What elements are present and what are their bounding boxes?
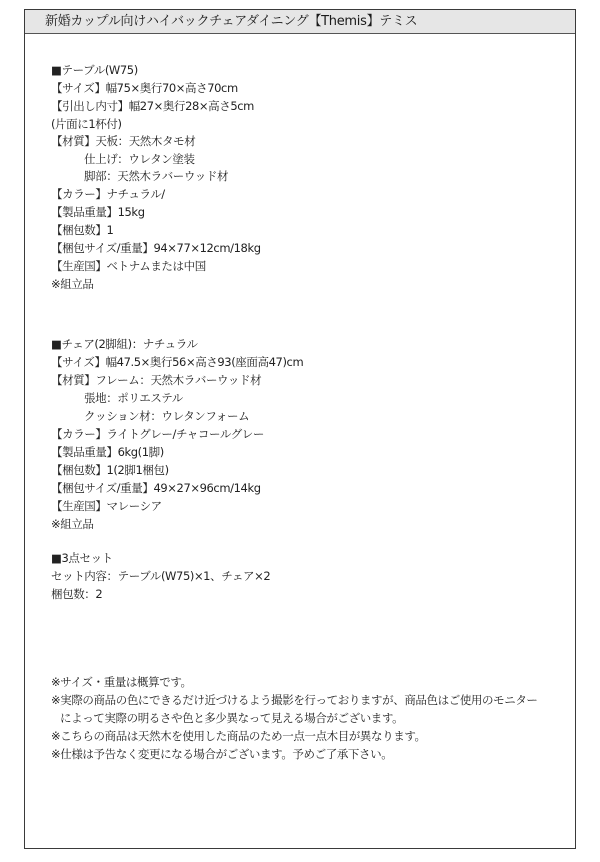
- product-title: 新婚カップル向けハイバックチェアダイニング【Themis】テミス: [45, 13, 417, 30]
- chair-packages: 【梱包数】1(2脚1梱包): [51, 462, 169, 478]
- chair-cushion: クッション材：ウレタンフォーム: [84, 408, 249, 424]
- table-assembly: ※組立品: [51, 276, 94, 292]
- note-color-line1: ※実際の商品の色にできるだけ近づけるよう撮影を行っておりますが、商品色はご使用の…: [51, 692, 538, 708]
- chair-color: 【カラー】ライトグレー/チャコールグレー: [51, 426, 264, 442]
- set-heading: ■3点セット: [51, 550, 113, 566]
- table-finish: 仕上げ：ウレタン塗装: [84, 151, 195, 167]
- chair-package-size: 【梱包サイズ/重量】49×27×96cm/14kg: [51, 480, 261, 496]
- table-package-size: 【梱包サイズ/重量】94×77×12cm/18kg: [51, 240, 261, 256]
- table-origin: 【生産国】ベトナムまたは中国: [51, 258, 206, 274]
- spec-header: 新婚カップル向けハイバックチェアダイニング【Themis】テミス: [25, 10, 575, 34]
- chair-upholstery: 張地：ポリエステル: [84, 390, 183, 406]
- spec-panel: 新婚カップル向けハイバックチェアダイニング【Themis】テミス ■テーブル(W…: [24, 9, 576, 849]
- note-color-line2: によって実際の明るさや色と多少異なって見える場合がございます。: [60, 710, 403, 726]
- table-drawer-size: 【引出し内寸】幅27×奥行28×高さ5cm: [51, 98, 254, 114]
- set-packages: 梱包数：2: [51, 586, 102, 602]
- chair-size: 【サイズ】幅47.5×奥行56×高さ93(座面高47)cm: [51, 354, 303, 370]
- table-weight: 【製品重量】15kg: [51, 204, 145, 220]
- table-material: 【材質】天板：天然木タモ材: [51, 133, 195, 149]
- table-color: 【カラー】ナチュラル/: [51, 186, 165, 202]
- chair-material: 【材質】フレーム：天然木ラバーウッド材: [51, 372, 261, 388]
- chair-origin: 【生産国】マレーシア: [51, 498, 162, 514]
- table-size: 【サイズ】幅75×奥行70×高さ70cm: [51, 80, 238, 96]
- set-contents: セット内容：テーブル(W75)×1、チェア×2: [51, 568, 270, 584]
- chair-assembly: ※組立品: [51, 516, 94, 532]
- chair-heading: ■チェア(2脚組)：ナチュラル: [51, 336, 198, 352]
- chair-weight: 【製品重量】6kg(1脚): [51, 444, 164, 460]
- note-wood-grain: ※こちらの商品は天然木を使用した商品のため一点一点木目が異なります。: [51, 728, 426, 744]
- note-spec-change: ※仕様は予告なく変更になる場合がございます。予めご了承下さい。: [51, 746, 392, 762]
- table-heading: ■テーブル(W75): [51, 62, 138, 78]
- table-packages: 【梱包数】1: [51, 222, 113, 238]
- table-legs: 脚部：天然木ラバーウッド材: [84, 168, 228, 184]
- note-approximate: ※サイズ・重量は概算です。: [51, 674, 192, 690]
- table-drawer-note: (片面に1杯付): [51, 116, 122, 132]
